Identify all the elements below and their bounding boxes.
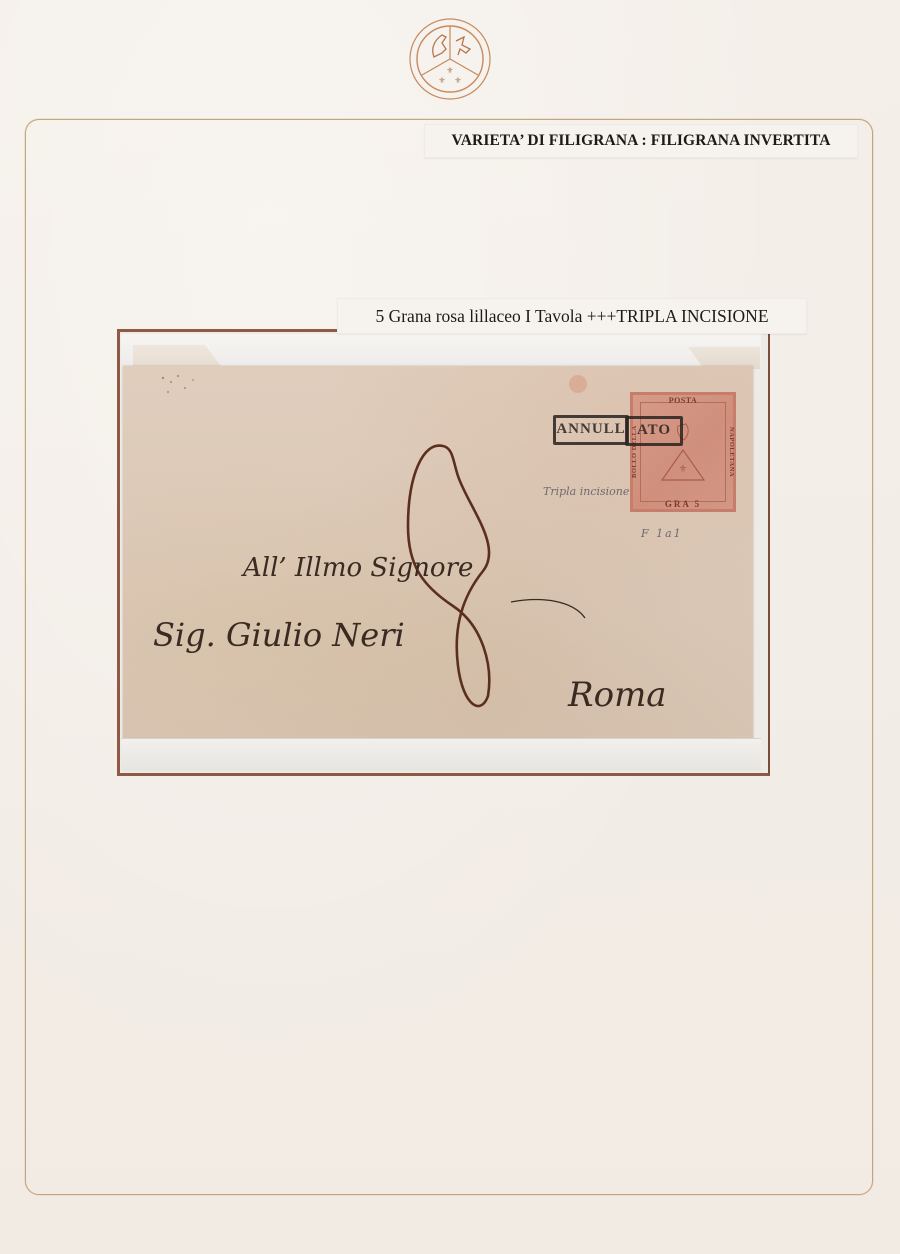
pencil-annotation-note: Tripla incisione xyxy=(543,485,629,498)
postmark-left-box: ANNULL xyxy=(553,415,629,445)
stamp-top-text: POSTA xyxy=(630,396,736,405)
address-line-1: All’ Illmo Signore xyxy=(241,553,473,583)
svg-text:⚜: ⚜ xyxy=(438,76,445,85)
svg-text:⚜: ⚜ xyxy=(454,76,461,85)
postage-stamp: POSTA NAPOLETANA BOLLO DELLA ⚜ GRA 5 xyxy=(630,392,736,512)
svg-text:⚜: ⚜ xyxy=(679,464,688,475)
stamp-side-left-text: BOLLO DELLA xyxy=(631,392,640,512)
stamp-description-label: 5 Grana rosa lillaceo I Tavola +++TRIPLA… xyxy=(337,298,807,334)
mount-strip-bottom xyxy=(121,738,761,771)
address-line-3-city: Roma xyxy=(567,675,667,715)
crest-icon: ⚜ ⚜ ⚜ xyxy=(408,17,492,101)
svg-text:⚜: ⚜ xyxy=(446,66,453,75)
stamp-value-text: GRA 5 xyxy=(630,499,736,509)
annullato-postmark: ANNULL ATO xyxy=(553,412,683,448)
pencil-annotation-catalog: F 1a1 xyxy=(641,527,683,540)
address-line-2: Sig. Giulio Neri xyxy=(153,616,405,654)
variety-title-label: VARIETA’ DI FILIGRANA : FILIGRANA INVERT… xyxy=(424,124,858,158)
stamp-side-right-text: NAPOLETANA xyxy=(726,392,735,512)
postmark-right-box: ATO xyxy=(625,416,683,446)
